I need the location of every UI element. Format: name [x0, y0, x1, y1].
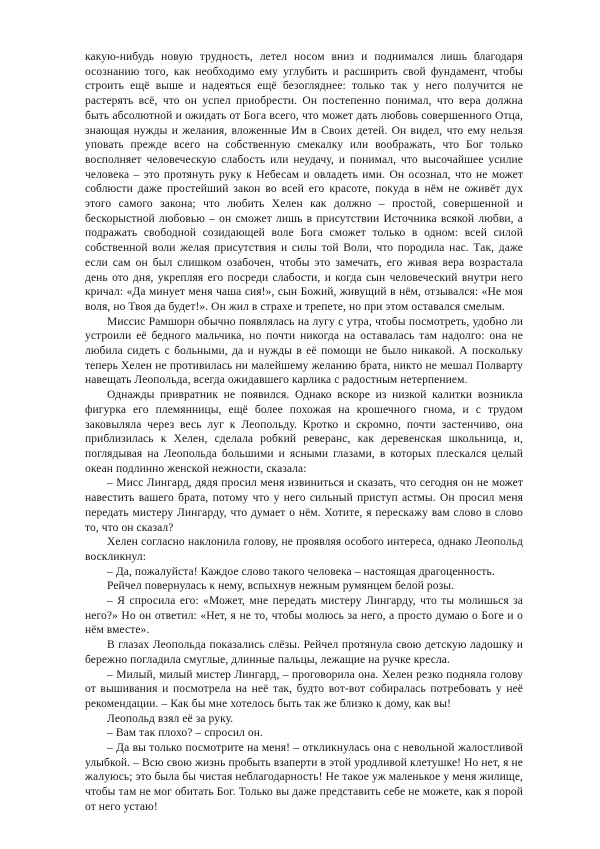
paragraph: – Да вы только посмотрите на меня! – отк…	[85, 741, 523, 815]
paragraph: – Мисс Лингард, дядя просил меня извинит…	[85, 476, 523, 535]
paragraph: Однажды привратник не появился. Однако в…	[85, 388, 523, 476]
paragraph: В глазах Леопольда показались слёзы. Рей…	[85, 638, 523, 667]
paragraph: Миссис Рамшорн обычно появлялась на лугу…	[85, 315, 523, 389]
text-block: какую-нибудь новую трудность, летел носо…	[85, 50, 523, 815]
paragraph: – Милый, милый мистер Лингард, – прогово…	[85, 668, 523, 712]
paragraph: Хелен согласно наклонила голову, не проя…	[85, 535, 523, 564]
paragraph: – Да, пожалуйста! Каждое слово такого че…	[85, 565, 523, 580]
paragraph: Рейчел повернулась к нему, вспыхнув нежн…	[85, 579, 523, 594]
paragraph: какую-нибудь новую трудность, летел носо…	[85, 50, 523, 315]
paragraph: – Вам так плохо? – спросил он.	[85, 726, 523, 741]
book-page: какую-нибудь новую трудность, летел носо…	[0, 0, 600, 849]
paragraph: Леопольд взял её за руку.	[85, 712, 523, 727]
paragraph: – Я спросила его: «Может, мне передать м…	[85, 594, 523, 638]
